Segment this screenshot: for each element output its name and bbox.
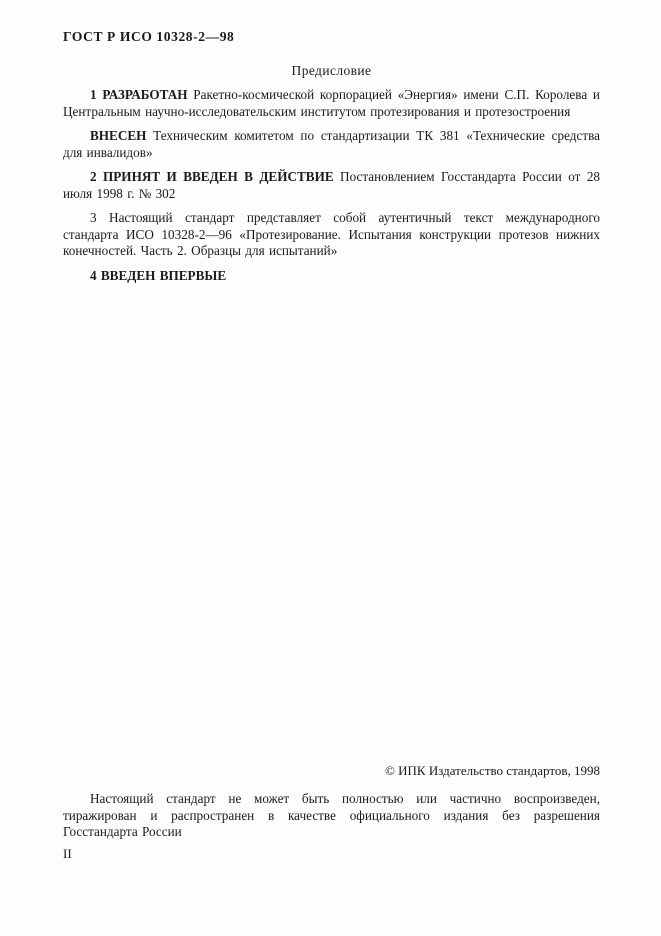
foreword-paragraph-2: ВНЕСЕН Техническим комитетом по стандарт… [63, 128, 600, 161]
restriction-notice: Настоящий стандарт не может быть полност… [63, 791, 600, 841]
paragraph-2-lead: ВНЕСЕН [90, 128, 153, 143]
paragraph-4-text: 3 Настоящий стандарт представляет собой … [63, 210, 600, 258]
paragraph-5-lead: 4 ВВЕДЕН ВПЕРВЫЕ [90, 268, 226, 283]
foreword-paragraph-1: 1 РАЗРАБОТАН Ракетно-космической корпора… [63, 87, 600, 120]
foreword-paragraphs: 1 РАЗРАБОТАН Ракетно-космической корпора… [63, 87, 600, 284]
page-title: Предисловие [63, 62, 600, 79]
document-page: ГОСТ Р ИСО 10328-2—98 Предисловие 1 РАЗР… [0, 0, 661, 936]
foreword-paragraph-5: 4 ВВЕДЕН ВПЕРВЫЕ [63, 268, 600, 285]
page-number: II [63, 845, 600, 862]
blank-space [63, 284, 600, 762]
paragraph-1-lead: 1 РАЗРАБОТАН [90, 87, 193, 102]
foreword-paragraph-3: 2 ПРИНЯТ И ВВЕДЕН В ДЕЙСТВИЕ Постановлен… [63, 169, 600, 202]
copyright-line: © ИПК Издательство стандартов, 1998 [63, 762, 600, 779]
paragraph-3-lead: 2 ПРИНЯТ И ВВЕДЕН В ДЕЙСТВИЕ [90, 169, 340, 184]
foreword-paragraph-4: 3 Настоящий стандарт представляет собой … [63, 210, 600, 260]
document-code: ГОСТ Р ИСО 10328-2—98 [63, 28, 600, 45]
